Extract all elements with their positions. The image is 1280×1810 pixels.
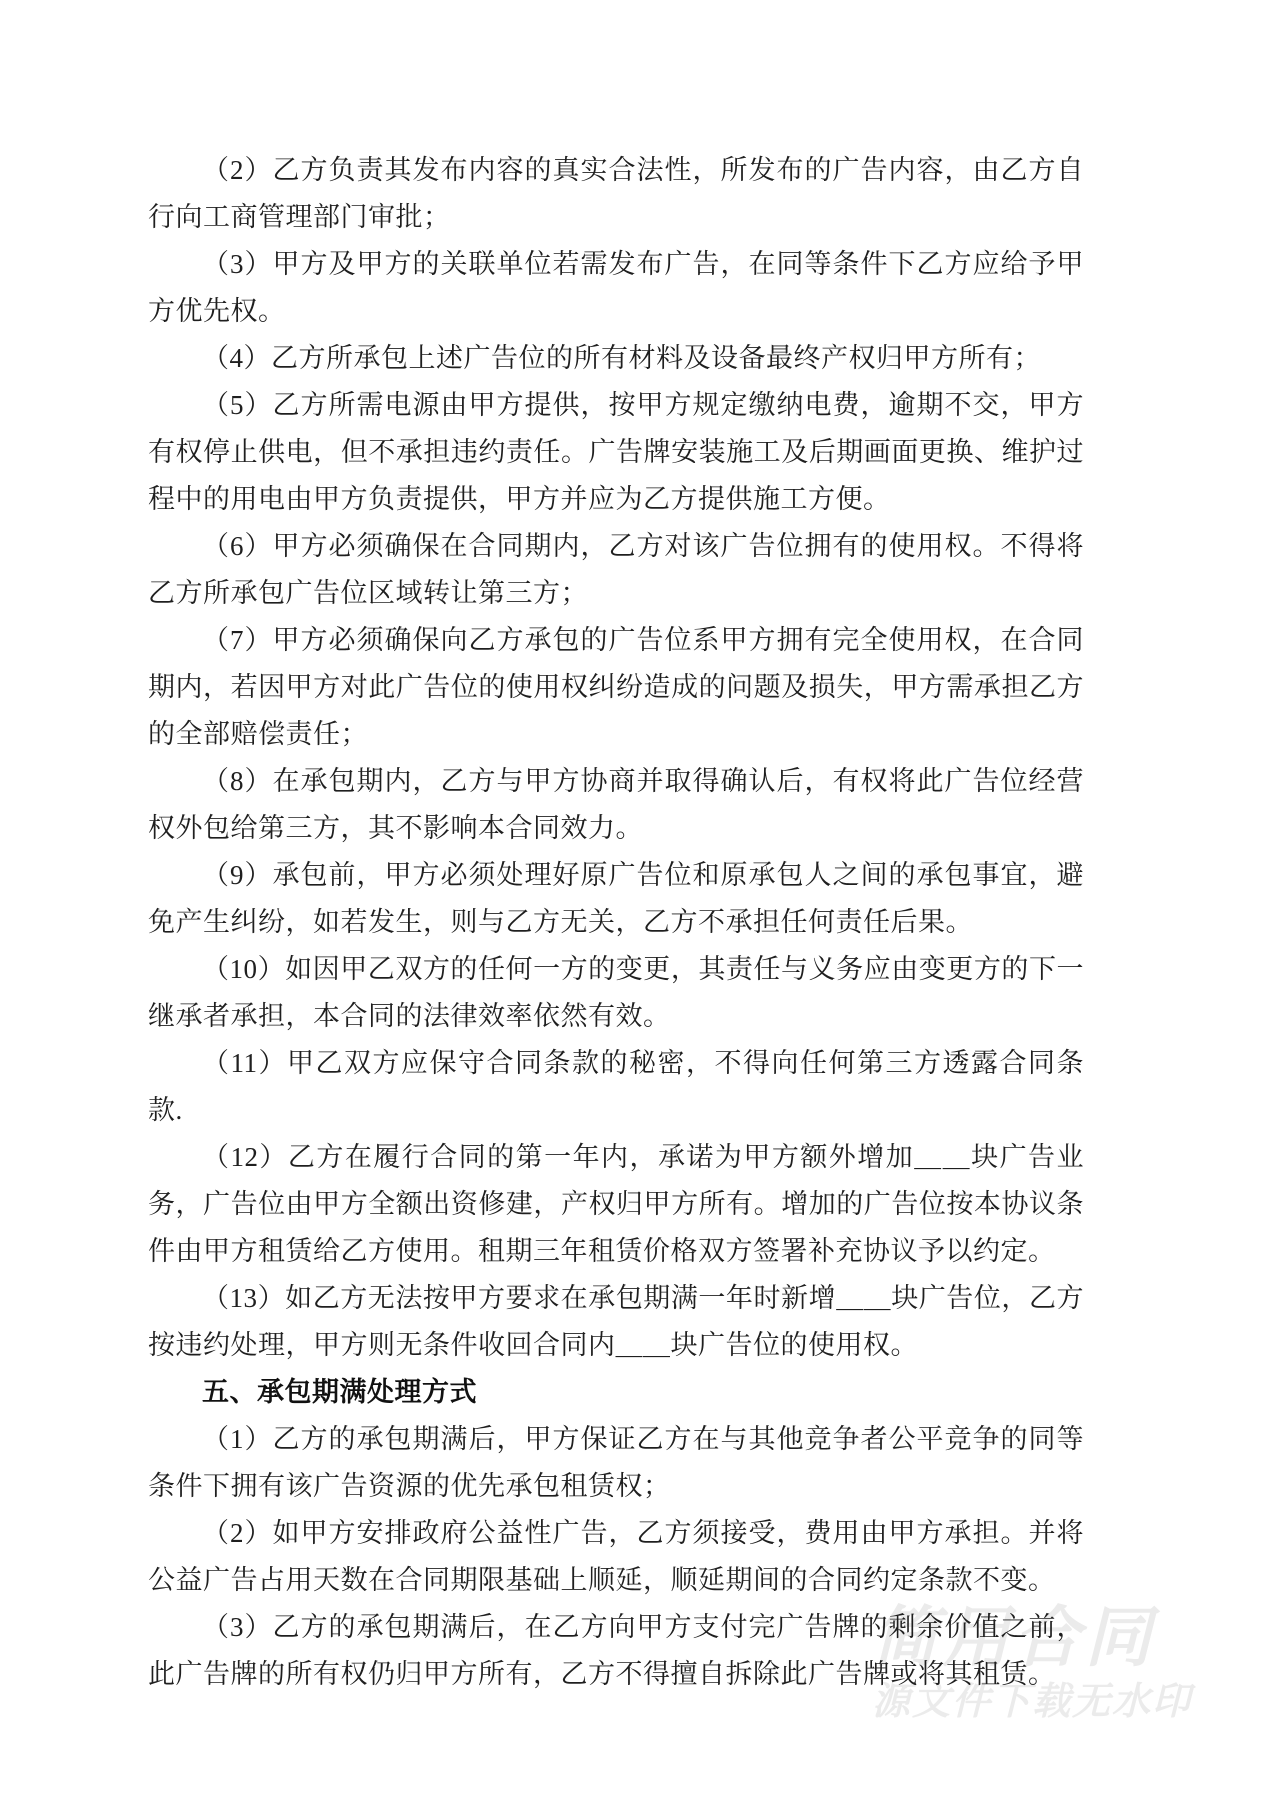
contract-page: { "page": { "background": "#ffffff", "te… [0, 0, 1280, 1810]
clause-4-6: （6）甲方必须确保在合同期内，乙方对该广告位拥有的使用权。不得将乙方所承包广告位… [148, 523, 1084, 617]
clause-5-3: （3）乙方的承包期满后，在乙方向甲方支付完广告牌的剩余价值之前，此广告牌的所有权… [148, 1604, 1084, 1698]
clause-4-13: （13）如乙方无法按甲方要求在承包期满一年时新增＿＿块广告位，乙方按违约处理，甲… [148, 1275, 1084, 1369]
clause-5-2: （2）如甲方安排政府公益性广告，乙方须接受，费用由甲方承担。并将公益广告占用天数… [148, 1510, 1084, 1604]
clause-4-11: （11）甲乙双方应保守合同条款的秘密，不得向任何第三方透露合同条款. [148, 1040, 1084, 1134]
clause-4-4: （4）乙方所承包上述广告位的所有材料及设备最终产权归甲方所有； [148, 335, 1084, 382]
clause-4-8: （8）在承包期内，乙方与甲方协商并取得确认后，有权将此广告位经营权外包给第三方，… [148, 758, 1084, 852]
clause-4-9: （9）承包前，甲方必须处理好原广告位和原承包人之间的承包事宜，避免产生纠纷，如若… [148, 852, 1084, 946]
section-5-heading: 五、承包期满处理方式 [148, 1369, 1084, 1416]
clause-4-7: （7）甲方必须确保向乙方承包的广告位系甲方拥有完全使用权，在合同期内，若因甲方对… [148, 617, 1084, 758]
clause-4-3: （3）甲方及甲方的关联单位若需发布广告，在同等条件下乙方应给予甲方优先权。 [148, 241, 1084, 335]
clause-4-12: （12）乙方在履行合同的第一年内，承诺为甲方额外增加＿＿块广告业务，广告位由甲方… [148, 1134, 1084, 1275]
clause-4-2: （2）乙方负责其发布内容的真实合法性，所发布的广告内容，由乙方自行向工商管理部门… [148, 147, 1084, 241]
clause-4-5: （5）乙方所需电源由甲方提供，按甲方规定缴纳电费，逾期不交，甲方有权停止供电，但… [148, 382, 1084, 523]
clause-4-10: （10）如因甲乙双方的任何一方的变更，其责任与义务应由变更方的下一继承者承担，本… [148, 946, 1084, 1040]
contract-body: （2）乙方负责其发布内容的真实合法性，所发布的广告内容，由乙方自行向工商管理部门… [148, 147, 1084, 1698]
clause-5-1: （1）乙方的承包期满后，甲方保证乙方在与其他竞争者公平竞争的同等条件下拥有该广告… [148, 1416, 1084, 1510]
